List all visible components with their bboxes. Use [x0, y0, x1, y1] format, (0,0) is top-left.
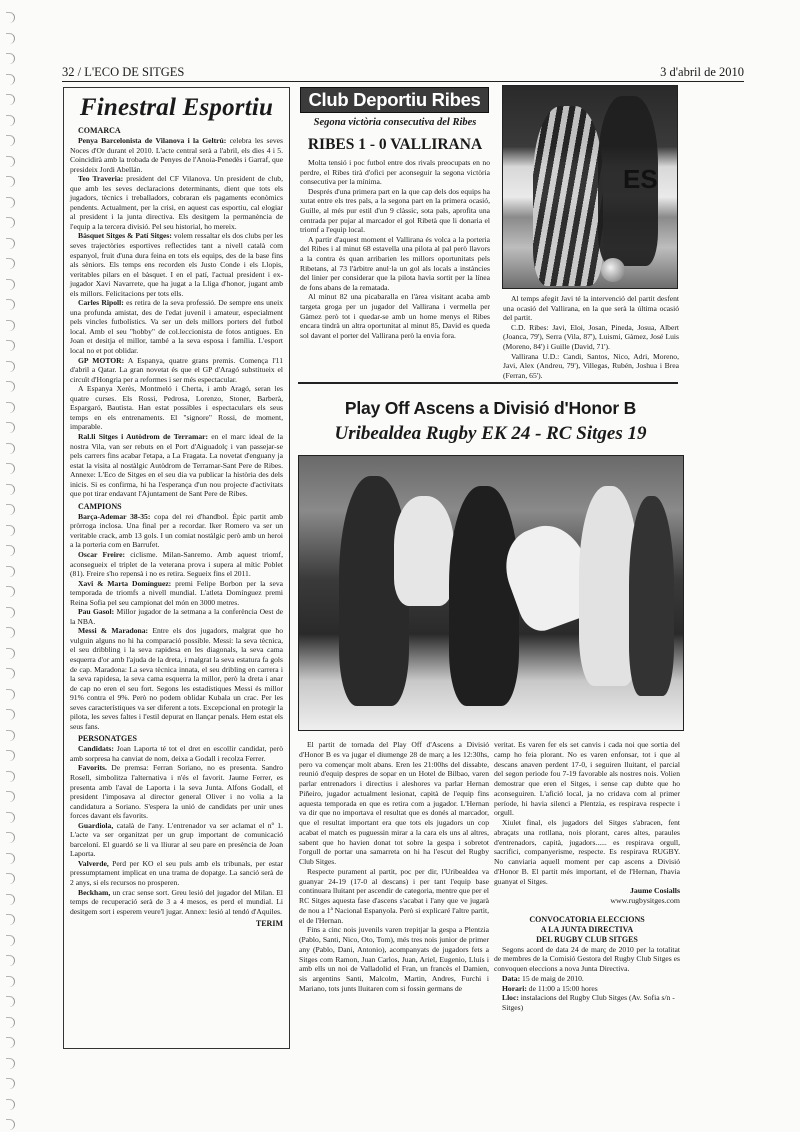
paragraph: Al minut 82 una picabaralla en l'àrea vi… — [300, 292, 490, 340]
news-item: Messi & Maradona: Entre els dos jugadors… — [70, 626, 283, 731]
news-item-lead: Pau Gasol: — [78, 607, 114, 616]
ring-mark — [6, 935, 15, 946]
ring-mark — [6, 607, 15, 618]
ring-mark — [6, 176, 15, 187]
ring-mark — [6, 832, 15, 843]
ring-mark — [6, 361, 15, 372]
ring-mark — [6, 791, 15, 802]
page-header: 32 / L'ECO DE SITGES 3 d'abril de 2010 — [62, 64, 744, 82]
news-item: Oscar Freire: ciclisme. Milan-Sanremo. A… — [70, 550, 283, 579]
paragraph: Molta tensió i poc futbol entre dos riva… — [300, 158, 490, 187]
ring-mark — [6, 648, 15, 659]
ring-mark — [6, 1017, 15, 1028]
news-item: Candidats: Joan Laporta té tot el dret e… — [70, 744, 283, 763]
news-item-lead: Valverde, — [78, 859, 109, 868]
website-link[interactable]: www.rugbysitges.com — [494, 896, 680, 906]
heading-line: CONVOCATORIA ELECCIONS — [494, 915, 680, 925]
ring-mark — [6, 33, 15, 44]
news-item-lead: GP MOTOR: — [78, 356, 124, 365]
ring-mark — [6, 94, 15, 105]
ring-mark — [6, 955, 15, 966]
ring-mark — [6, 812, 15, 823]
ring-mark — [6, 525, 15, 536]
news-item: Valverde, Perd per KO el seu puls amb el… — [70, 859, 283, 888]
heading-line: A LA JUNTA DIRECTIVA — [494, 925, 680, 935]
author-name: Jaume Cosialls — [630, 886, 680, 895]
playoff-headline: Play Off Ascens a Divisió d'Honor B — [298, 398, 683, 419]
ring-mark — [6, 566, 15, 577]
news-item-lead: Beckham, — [78, 888, 110, 897]
notice-field-time: Horari: de 11:00 a 15:00 hores — [494, 984, 680, 994]
ribes-article-continuation: Al temps afegit Javi té la intervenció d… — [503, 294, 679, 380]
ring-mark — [6, 381, 15, 392]
news-item-lead: Carles Ripoll: — [78, 298, 124, 307]
football-players-photo: ES — [502, 85, 678, 289]
ring-mark — [6, 914, 15, 925]
news-item-lead: Penya Barcelonista de Vilanova i la Gelt… — [78, 136, 226, 145]
section-divider — [298, 382, 678, 384]
news-item-lead: Candidats: — [78, 744, 114, 753]
news-item: Penya Barcelonista de Vilanova i la Gelt… — [70, 136, 283, 174]
ring-mark — [6, 320, 15, 331]
ring-mark — [6, 197, 15, 208]
news-item-lead: Guardiola, — [78, 821, 113, 830]
news-item: Pau Gasol: Millor jugador de la setmana … — [70, 607, 283, 626]
ring-mark — [6, 402, 15, 413]
news-item-lead: Teo Traveria: — [78, 174, 123, 183]
ring-mark — [6, 12, 15, 23]
ring-mark — [6, 238, 15, 249]
news-item-lead: Messi & Maradona: — [78, 626, 148, 635]
news-item: Teo Traveria: president del CF Vilanova.… — [70, 174, 283, 231]
ribes-subtitle: Segona victòria consecutiva del Ribes — [300, 117, 490, 128]
convocatoria-notice: CONVOCATORIA ELECCIONS A LA JUNTA DIRECT… — [494, 915, 680, 1013]
paragraph: Respecte purament al partit, poc per dir… — [299, 867, 489, 926]
news-item-text: volem ressaltar els dos clubs per les se… — [70, 231, 283, 297]
notice-field-date: Data: 15 de maig de 2010. — [494, 974, 680, 984]
news-item: Barça-Ademar 38-35: copa del rei d'handb… — [70, 512, 283, 550]
paragraph: Xiulet final, els jugadors del Sitges s'… — [494, 818, 680, 886]
ring-mark — [6, 279, 15, 290]
heading-line: DEL RUGBY CLUB SITGES — [494, 935, 680, 945]
paragraph: Al temps afegit Javi té la intervenció d… — [503, 294, 679, 323]
ring-mark — [6, 504, 15, 515]
ring-mark — [6, 258, 15, 269]
ring-mark — [6, 545, 15, 556]
ring-mark — [6, 873, 15, 884]
ring-mark — [6, 484, 15, 495]
ribes-article-body: Molta tensió i poc futbol entre dos riva… — [300, 158, 490, 340]
ring-mark — [6, 463, 15, 474]
section-heading: PERSONATGES — [78, 734, 283, 744]
lineup-vallirana: Vallirana U.D.: Candi, Santos, Nico, Adr… — [503, 352, 679, 381]
club-deportiu-ribes-banner: Club Deportiu Ribes — [300, 87, 489, 113]
ring-mark — [6, 1099, 15, 1110]
ring-mark — [6, 299, 15, 310]
ring-mark — [6, 1119, 15, 1130]
playoff-article-column-2: veritat. Es varen fer els set canvis i c… — [494, 740, 680, 1013]
ring-mark — [6, 217, 15, 228]
column-title: Finestral Esportiu — [70, 94, 283, 122]
playoff-score-subtitle: Uribealdea Rugby EK 24 - RC Sitges 19 — [298, 423, 683, 445]
notice-heading: CONVOCATORIA ELECCIONS A LA JUNTA DIRECT… — [494, 915, 680, 944]
notice-body: Segons acord de data 24 de març de 2010 … — [494, 945, 680, 974]
news-item: Guardiola, català de l'any. L'entrenador… — [70, 821, 283, 859]
ring-mark — [6, 689, 15, 700]
ring-mark — [6, 1037, 15, 1048]
notice-field-place: Lloc: instalacions del Rugby Club Sitges… — [494, 993, 680, 1013]
ring-mark — [6, 894, 15, 905]
ring-mark — [6, 730, 15, 741]
news-item-text: A Espanya Xerès, Montmeló i Cherta, i am… — [70, 384, 283, 431]
lineup-ribes: C.D. Ribes: Javi, Eloi, Josan, Pineda, J… — [503, 323, 679, 352]
ring-mark — [6, 340, 15, 351]
news-item: Ral.li Sitges i Autòdrom de Terramar: en… — [70, 432, 283, 499]
news-item-text: en el marc ideal de la nostra Vila, van … — [70, 432, 283, 498]
column-signature: TERIM — [70, 919, 283, 928]
paragraph: veritat. Es varen fer els set canvis i c… — [494, 740, 680, 818]
paragraph: A partir d'aquest moment el Vallirana és… — [300, 235, 490, 293]
finestral-esportiu-column: Finestral Esportiu COMARCAPenya Barcelon… — [63, 87, 290, 1049]
ring-mark — [6, 996, 15, 1007]
section-heading: CAMPIONS — [78, 502, 283, 512]
ring-mark — [6, 976, 15, 987]
ring-mark — [6, 627, 15, 638]
paragraph: Fins a cinc nois juvenils varen trepitja… — [299, 925, 489, 993]
binder-ring-marks — [6, 0, 26, 1132]
ring-mark — [6, 53, 15, 64]
ring-mark — [6, 586, 15, 597]
ring-mark — [6, 750, 15, 761]
ring-mark — [6, 156, 15, 167]
news-item-text: Entre els dos jugadors, malgrat que ho v… — [70, 626, 283, 730]
rugby-players-photo — [298, 455, 684, 731]
column-sections: COMARCAPenya Barcelonista de Vilanova i … — [70, 126, 283, 916]
ring-mark — [6, 443, 15, 454]
news-item: Favorits. De premsa: Ferran Soriano, no … — [70, 763, 283, 820]
ring-mark — [6, 115, 15, 126]
paragraph: El partit de tornada del Play Off d'Asce… — [299, 740, 489, 867]
news-item: Xavi & Marta Domínguez: premi Felipe Bor… — [70, 579, 283, 608]
ring-mark — [6, 422, 15, 433]
news-item: A Espanya Xerès, Montmeló i Cherta, i am… — [70, 384, 283, 432]
page-number-and-paper-name: 32 / L'ECO DE SITGES — [62, 65, 184, 80]
paragraph: Després d'una primera part en la que cap… — [300, 187, 490, 235]
news-item: Carles Ripoll: es retira de la seva prof… — [70, 298, 283, 355]
playoff-article-column-1: El partit de tornada del Play Off d'Asce… — [299, 740, 489, 994]
news-item-lead: Xavi & Marta Domínguez: — [78, 579, 171, 588]
ring-mark — [6, 1078, 15, 1089]
issue-date: 3 d'abril de 2010 — [660, 65, 744, 80]
news-item-lead: Favorits. — [78, 763, 107, 772]
news-item-lead: Oscar Freire: — [78, 550, 125, 559]
ring-mark — [6, 74, 15, 85]
news-item: GP MOTOR: A Espanya, quatre grans premis… — [70, 356, 283, 385]
news-item: Bàsquet Sitges & Patí Sitges: volem ress… — [70, 231, 283, 298]
ring-mark — [6, 668, 15, 679]
news-item-lead: Barça-Ademar 38-35: — [78, 512, 150, 521]
news-item-lead: Bàsquet Sitges & Patí Sitges: — [78, 231, 172, 240]
news-item: Beckham, un crac sense sort. Greu lesió … — [70, 888, 283, 917]
ring-mark — [6, 709, 15, 720]
ring-mark — [6, 1058, 15, 1069]
section-heading: COMARCA — [78, 126, 283, 136]
ring-mark — [6, 771, 15, 782]
ring-mark — [6, 135, 15, 146]
ring-mark — [6, 853, 15, 864]
news-item-lead: Ral.li Sitges i Autòdrom de Terramar: — [78, 432, 208, 441]
ribes-score-title: RIBES 1 - 0 VALLIRANA — [300, 136, 490, 154]
